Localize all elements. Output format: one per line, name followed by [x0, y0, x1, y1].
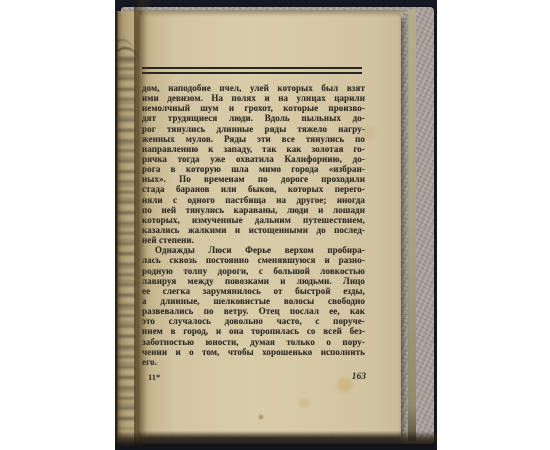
text-line: чении и о том, чтобы хорошенько исполнит…: [142, 347, 365, 357]
text-line: его.: [142, 357, 365, 367]
text-line: женных мулов. Ряды эти все тянулись по: [142, 134, 365, 144]
photo-surround: дом, наподобие пчел, улей которых был вз…: [0, 0, 550, 450]
book-photo: дом, наподобие пчел, улей которых был вз…: [115, 0, 437, 450]
page-block-edge-outer: [408, 9, 416, 441]
text-line: которых, измученные дальним путешествием…: [142, 215, 365, 225]
section-rule: [142, 67, 362, 74]
text-line: ее слегка зарумянилось от быстрой езды,: [142, 286, 365, 296]
text-line: рога в которую шла мимо города «избран-: [142, 164, 365, 174]
text-line: развевались по ветру. Отец послал ее, ка…: [142, 306, 365, 316]
text-line: это случалось довольно часто, с поруче-: [142, 316, 365, 326]
text-line: немолчный шум и грохот, которые произво-: [142, 103, 365, 113]
verso-bleed-marks: [117, 57, 135, 429]
text-line: казались жалкими и истощенными до послед…: [142, 225, 365, 235]
verso-page-strip: [115, 11, 142, 447]
text-line: нием в город, и она торопилась со всей б…: [142, 326, 365, 336]
text-line: рог тянулись длинные ряды тяжело нагру-: [142, 124, 365, 134]
text-line: лась сквозь постоянно сменявшуюся и разн…: [142, 255, 365, 265]
text-line: няли с одного пастбища на другое; иногда: [142, 195, 365, 205]
text-line: стада баранов или быков, которых перего-: [142, 184, 365, 194]
page-number: 163: [337, 372, 366, 382]
text-line: заботностью юности, думая только о пору-: [142, 337, 365, 347]
text-line: Однажды Люси Ферье верхом пробира-: [142, 245, 365, 255]
body-text: дом, наподобие пчел, улей которых был вз…: [142, 83, 365, 367]
text-line: лавируя между повозками и людьми. Лицо: [142, 276, 365, 286]
text-line: а длинные, шелковистые волосы свободно: [142, 296, 365, 306]
text-line: по ней тянулись караваны, люди и лошади: [142, 205, 365, 215]
text-line: дом, наподобие пчел, улей которых был вз…: [142, 83, 365, 93]
book-page: дом, наподобие пчел, улей которых был вз…: [139, 13, 401, 437]
text-line: ней степени.: [142, 235, 365, 245]
text-line: дят трудящиеся люди. Вдоль пыльных до-: [142, 113, 365, 123]
text-line: родную толпу дороги, с большой ловкостью: [142, 266, 365, 276]
text-line: направлению к западу, так как золотая го…: [142, 144, 365, 154]
text-line: ими девизом. На полях и на улицах царили: [142, 93, 365, 103]
text-line: рячка тогда уже охватила Калифорнию, до-: [142, 154, 365, 164]
text-line: ных». По временам по дороге проходили: [142, 174, 365, 184]
signature-mark: 11*: [148, 372, 160, 382]
